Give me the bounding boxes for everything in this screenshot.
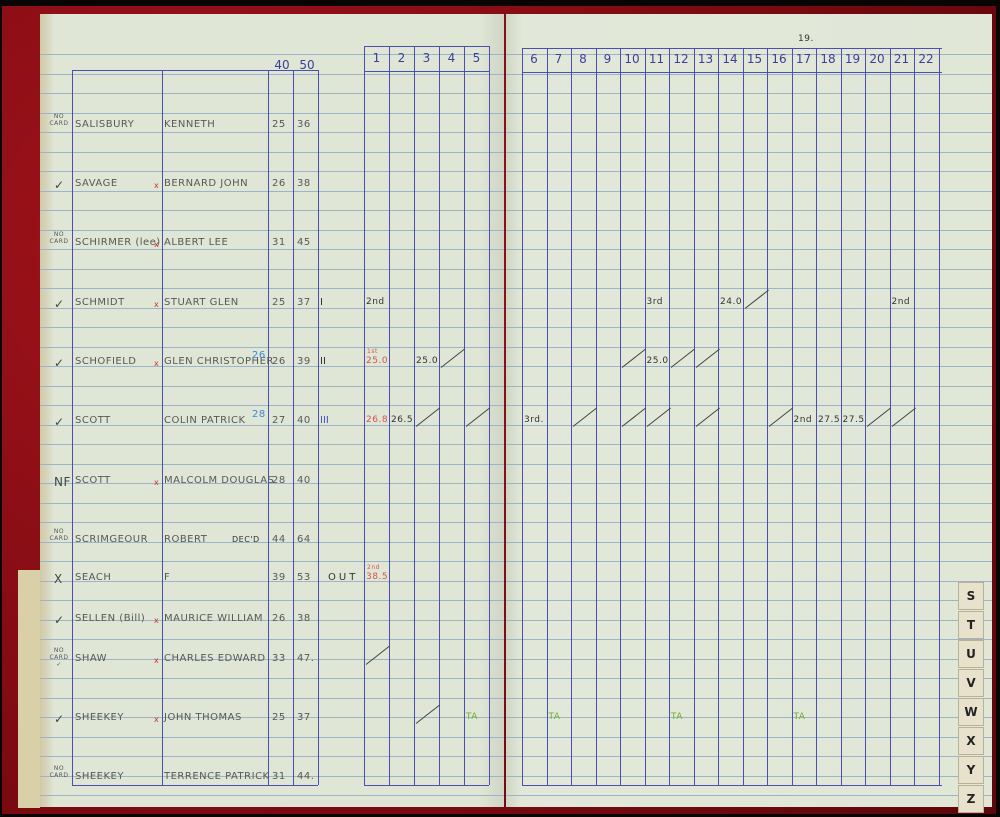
ruled-line — [506, 132, 992, 133]
age-50-value: 44. — [297, 771, 314, 782]
ruled-line — [40, 756, 504, 757]
round-column-rule — [767, 48, 768, 785]
round-column-header: 4 — [439, 51, 464, 65]
surname: SHAW — [75, 653, 107, 664]
given-names: COLIN PATRICK — [164, 415, 246, 426]
round-mark: 2nd — [892, 297, 911, 307]
ruled-line — [506, 522, 992, 523]
given-names: BERNARD JOHN — [164, 178, 248, 189]
mark-value: 38.5 — [366, 572, 388, 582]
column-rule — [318, 70, 319, 785]
ruled-line — [40, 171, 504, 172]
surname: SCHIRMER (lee) — [75, 237, 161, 248]
ruled-line — [506, 581, 992, 582]
round-mark: 25.0 — [416, 356, 438, 366]
round-column-rule — [792, 48, 793, 785]
top-note: 19. — [798, 34, 814, 44]
x-mark: x — [154, 478, 159, 487]
age-50-value: 40 — [297, 475, 311, 486]
ruled-line — [506, 737, 992, 738]
round-column-header: 14 — [718, 52, 742, 66]
round-column-header: 12 — [669, 52, 693, 66]
ruled-line — [40, 522, 504, 523]
round-column-header: 3 — [414, 51, 439, 65]
x-mark: x — [154, 240, 159, 249]
round-header-top — [364, 46, 489, 47]
surname: SCHMIDT — [75, 297, 125, 308]
round-column-rule — [645, 48, 646, 785]
age-40-value: 26 — [272, 356, 286, 367]
round-bottom — [364, 785, 489, 786]
given-names: ALBERT LEE — [164, 237, 228, 248]
round-column-rule — [669, 48, 670, 785]
surname: SHEEKEY — [75, 712, 124, 723]
ruled-line — [506, 756, 992, 757]
mark-note: 2nd — [367, 564, 380, 571]
round-column-rule — [571, 48, 572, 785]
age-50-value: 37 — [297, 297, 311, 308]
round-column-rule — [547, 48, 548, 785]
x-mark: x — [154, 181, 159, 190]
margin-mark: ✓ — [54, 712, 65, 726]
right-page — [506, 14, 992, 807]
round-mark: 27.5 — [843, 415, 865, 425]
age-50-value: 53 — [297, 572, 311, 583]
given-names: ROBERT — [164, 534, 207, 545]
round-column-rule — [364, 46, 365, 785]
round-column-header: 10 — [620, 52, 644, 66]
ruled-line — [40, 678, 504, 679]
round-column-header: 22 — [914, 52, 938, 66]
ruled-line — [40, 74, 504, 75]
round-column-header: 17 — [792, 52, 816, 66]
ruled-line — [506, 191, 992, 192]
annotation: DEC'D — [232, 535, 260, 544]
ruled-line — [506, 269, 992, 270]
round-column-rule — [414, 46, 415, 785]
age-50-value: 45 — [297, 237, 311, 248]
round-column-rule — [865, 48, 866, 785]
x-mark: x — [154, 359, 159, 368]
ruled-line — [506, 230, 992, 231]
given-names: KENNETH — [164, 119, 215, 130]
age-40-value: 39 — [272, 572, 286, 583]
age-40-value: 26 — [272, 178, 286, 189]
round-column-header: 19 — [841, 52, 865, 66]
round-column-rule — [489, 46, 490, 785]
index-tab-s[interactable]: S — [958, 582, 984, 610]
round-column-header: 5 — [464, 51, 489, 65]
index-tab-t[interactable]: T — [958, 611, 984, 639]
x-mark: x — [154, 300, 159, 309]
margin-mark: ✓ — [54, 415, 65, 429]
column-rule — [293, 70, 294, 785]
ruled-line — [40, 600, 504, 601]
annotation: 26 — [252, 350, 266, 361]
given-names: MALCOLM DOUGLAS — [164, 475, 274, 486]
round-column-header: 21 — [890, 52, 914, 66]
tally: OUT — [328, 572, 358, 583]
round-column-header: 7 — [547, 52, 571, 66]
page-edge — [18, 570, 40, 808]
margin-mark: NO CARD — [46, 528, 72, 542]
surname: SCOTT — [75, 415, 111, 426]
age-40-value: 25 — [272, 119, 286, 130]
round-column-rule — [914, 48, 915, 785]
round-mark: 2nd — [794, 415, 813, 425]
ruled-line — [506, 113, 992, 114]
given-names: F — [164, 572, 170, 583]
ruled-line — [506, 659, 992, 660]
x-mark: x — [154, 715, 159, 724]
round-column-rule — [522, 48, 523, 785]
ruled-line — [506, 776, 992, 777]
round-column-header: 2 — [389, 51, 414, 65]
surname: SELLEN (Bill) — [75, 613, 145, 624]
age-40-value: 44 — [272, 534, 286, 545]
ruled-line — [506, 327, 992, 328]
round-column-rule — [389, 46, 390, 785]
round-mark: TA — [671, 712, 683, 722]
ruled-line — [506, 795, 992, 796]
round-column-rule — [890, 48, 891, 785]
ruled-line — [40, 639, 504, 640]
round-header-bottom — [364, 71, 489, 72]
round-column-rule — [439, 46, 440, 785]
ruled-line — [506, 93, 992, 94]
margin-mark: ✓ — [54, 297, 65, 311]
mark-value: 25.0 — [366, 356, 388, 366]
ruled-line — [40, 93, 504, 94]
ruled-line — [40, 405, 504, 406]
margin-mark: NO CARD ✓ — [46, 647, 72, 668]
given-names: CHARLES EDWARD — [164, 653, 266, 664]
ruled-line — [40, 347, 504, 348]
surname: SCHOFIELD — [75, 356, 137, 367]
age-40-value: 25 — [272, 712, 286, 723]
ruled-line — [40, 464, 504, 465]
round-mark: 26.8 — [366, 415, 388, 425]
surname: SCOTT — [75, 475, 111, 486]
surname: SCRIMGEOUR — [75, 534, 148, 545]
round-column-rule — [694, 48, 695, 785]
age-40-value: 25 — [272, 297, 286, 308]
round-mark: 2nd — [366, 297, 385, 307]
given-names: MAURICE WILLIAM — [164, 613, 263, 624]
ruled-line — [506, 425, 992, 426]
ruled-line — [506, 678, 992, 679]
index-tab-y[interactable]: Y — [958, 756, 984, 784]
ruled-line — [40, 191, 504, 192]
given-names: TERRENCE PATRICK — [164, 771, 270, 782]
ruled-line — [40, 327, 504, 328]
round-column-header: 9 — [596, 52, 620, 66]
age-50-value: 37 — [297, 712, 311, 723]
round-mark: TA — [794, 712, 806, 722]
round-column-header: 11 — [645, 52, 669, 66]
round-mark: 3rd. — [524, 415, 544, 425]
round-column-rule — [841, 48, 842, 785]
ruled-line — [506, 249, 992, 250]
round-column-rule — [620, 48, 621, 785]
ruled-line — [40, 288, 504, 289]
round-column-header: 6 — [522, 52, 546, 66]
age-40-value: 31 — [272, 237, 286, 248]
round-mark: 3rd — [647, 297, 663, 307]
ruled-line — [40, 113, 504, 114]
tally: II — [320, 356, 326, 367]
index-tab-v[interactable]: V — [958, 669, 984, 697]
margin-mark: NO CARD — [46, 231, 72, 245]
round-column-rule — [596, 48, 597, 785]
ruled-line — [506, 405, 992, 406]
margin-mark: X — [54, 572, 63, 586]
index-tab-w[interactable]: W — [958, 698, 984, 726]
surname: SAVAGE — [75, 178, 118, 189]
ruled-line — [40, 269, 504, 270]
column-rule — [72, 70, 73, 785]
ruled-line — [506, 561, 992, 562]
age-50-value: 36 — [297, 119, 311, 130]
margin-mark: ✓ — [54, 178, 65, 192]
round-column-header: 13 — [694, 52, 718, 66]
given-names: JOHN THOMAS — [164, 712, 242, 723]
round-column-rule — [816, 48, 817, 785]
margin-mark: NF — [54, 475, 71, 489]
ruled-line — [506, 600, 992, 601]
table-bottom-rule — [72, 785, 318, 786]
x-mark: x — [154, 616, 159, 625]
ruled-line — [40, 249, 504, 250]
round-bottom — [522, 785, 942, 786]
age-50-value: 40 — [297, 415, 311, 426]
round-mark: 25.0 — [647, 356, 669, 366]
ruled-line — [40, 561, 504, 562]
ruled-line — [506, 171, 992, 172]
ruled-line — [40, 230, 504, 231]
ruled-line — [506, 210, 992, 211]
ruled-line — [506, 308, 992, 309]
x-mark: x — [154, 656, 159, 665]
mark-note: 1st — [367, 348, 378, 355]
round-column-rule — [939, 48, 940, 785]
round-mark: TA — [549, 712, 561, 722]
ruled-line — [40, 503, 504, 504]
ruled-line — [506, 620, 992, 621]
ruled-line — [40, 210, 504, 211]
column-rule — [268, 70, 269, 785]
ruled-line — [506, 366, 992, 367]
age-40-value: 28 — [272, 475, 286, 486]
ruled-line — [506, 444, 992, 445]
age-50-value: 38 — [297, 178, 311, 189]
ruled-line — [40, 444, 504, 445]
round-column-rule — [743, 48, 744, 785]
ruled-line — [506, 542, 992, 543]
round-mark: 24.0 — [720, 297, 742, 307]
age-40-value: 33 — [272, 653, 286, 664]
age-50-value: 64 — [297, 534, 311, 545]
index-tab-z[interactable]: Z — [958, 785, 984, 813]
margin-mark: NO CARD — [46, 113, 72, 127]
round-column-header: 8 — [571, 52, 595, 66]
surname: SALISBURY — [75, 119, 134, 130]
round-header-top — [522, 48, 942, 49]
ruled-line — [40, 386, 504, 387]
index-tab-u[interactable]: U — [958, 640, 984, 668]
ruled-line — [506, 483, 992, 484]
tally: III — [320, 415, 329, 426]
column-rule — [162, 70, 163, 785]
index-tab-x[interactable]: X — [958, 727, 984, 755]
ruled-line — [40, 132, 504, 133]
ruled-line — [506, 347, 992, 348]
round-column-header: 16 — [767, 52, 791, 66]
round-column-header: 15 — [743, 52, 767, 66]
ruled-line — [40, 152, 504, 153]
age-column-header: 40 — [270, 58, 294, 72]
age-50-value: 39 — [297, 356, 311, 367]
ruled-line — [506, 639, 992, 640]
ruled-line — [40, 737, 504, 738]
given-names: STUART GLEN — [164, 297, 239, 308]
age-50-value: 47. — [297, 653, 314, 664]
round-column-header: 1 — [364, 51, 389, 65]
round-mark: 26.5 — [391, 415, 413, 425]
margin-mark: ✓ — [54, 356, 65, 370]
ruled-line — [506, 717, 992, 718]
round-column-header: 18 — [816, 52, 840, 66]
ruled-line — [506, 503, 992, 504]
age-50-value: 38 — [297, 613, 311, 624]
age-40-value: 31 — [272, 771, 286, 782]
round-column-rule — [718, 48, 719, 785]
tally: I — [320, 297, 323, 308]
margin-mark: NO CARD — [46, 765, 72, 779]
ruled-line — [40, 795, 504, 796]
age-column-header: 50 — [295, 58, 319, 72]
ruled-line — [40, 698, 504, 699]
ruled-line — [506, 386, 992, 387]
margin-mark: ✓ — [54, 613, 65, 627]
age-40-value: 26 — [272, 613, 286, 624]
round-mark: TA — [466, 712, 478, 722]
round-column-header: 20 — [865, 52, 889, 66]
annotation: 28 — [252, 409, 266, 420]
ruled-line — [506, 74, 992, 75]
round-header-bottom — [522, 72, 942, 73]
surname: SEACH — [75, 572, 111, 583]
ruled-line — [506, 152, 992, 153]
ruled-line — [506, 464, 992, 465]
ruled-line — [506, 288, 992, 289]
surname: SHEEKEY — [75, 771, 124, 782]
age-40-value: 27 — [272, 415, 286, 426]
round-column-rule — [464, 46, 465, 785]
ruled-line — [506, 698, 992, 699]
round-mark: 27.5 — [818, 415, 840, 425]
